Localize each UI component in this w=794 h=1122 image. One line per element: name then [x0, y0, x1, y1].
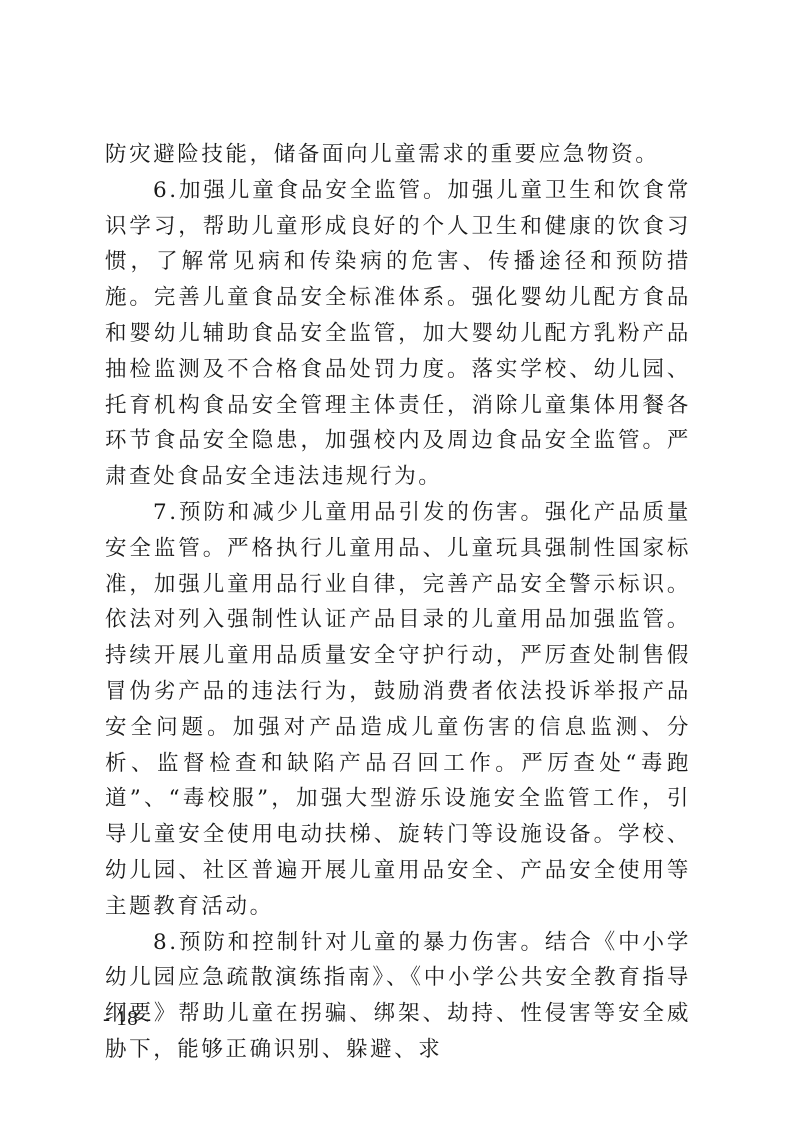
paragraph-continuation: 防灾避险技能，储备面向儿童需求的重要应急物资。 — [105, 137, 691, 173]
page-number: - 18 - — [103, 1006, 152, 1031]
paragraph-item-7-product-safety: 7.预防和减少儿童用品引发的伤害。强化产品质量安全监管。严格执行儿童用品、儿童玩… — [105, 495, 691, 925]
document-body: 防灾避险技能，储备面向儿童需求的重要应急物资。 6.加强儿童食品安全监管。加强儿… — [105, 137, 691, 1068]
paragraph-item-6-food-safety: 6.加强儿童食品安全监管。加强儿童卫生和饮食常识学习，帮助儿童形成良好的个人卫生… — [105, 173, 691, 495]
paragraph-item-8-violence-prevention: 8.预防和控制针对儿童的暴力伤害。结合《中小学幼儿园应急疏散演练指南》、《中小学… — [105, 925, 691, 1068]
